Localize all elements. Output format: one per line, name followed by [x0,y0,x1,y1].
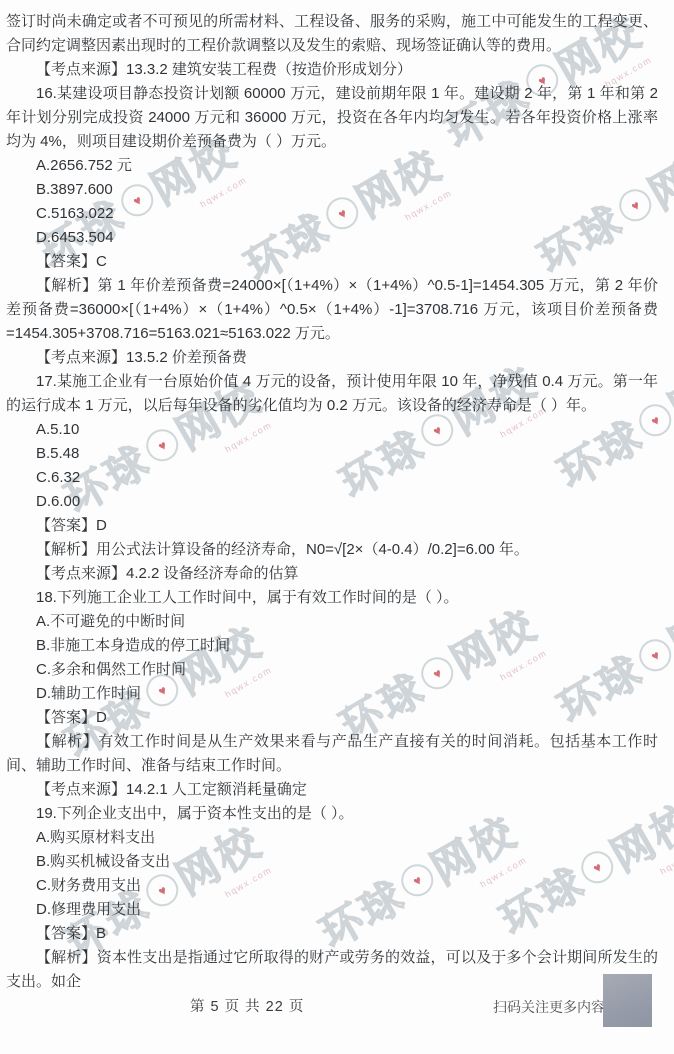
question-line: 16.某建设项目静态投资计划额 60000 万元，建设前期年限 1 年。建设期 … [6,82,658,154]
source-line: 【考点来源】4.2.2 设备经济寿命的估算 [6,562,658,586]
question-line: 18.下列施工企业工人工作时间中，属于有效工作时间的是（ ）。 [6,586,658,610]
option-line: A.不可避免的中断时间 [6,610,658,634]
body-line: 签订时尚未确定或者不可预见的所需材料、工程设备、服务的采购，施工中可能发生的工程… [6,10,658,58]
analysis-line: 【解析】第 1 年价差预备费=24000×[（1+4%）×（1+4%）^0.5-… [6,274,658,346]
option-line: D.6.00 [6,490,658,514]
document-page: 环球♥网校hqwx.com环球♥网校hqwx.com环球♥网校hqwx.com环… [0,0,674,1054]
analysis-line: 【解析】资本性支出是指通过它所取得的财产或劳务的效益，可以及于多个会计期间所发生… [6,946,658,994]
page-indicator: 第 5 页 共 22 页 [190,995,304,1016]
option-line: A.5.10 [6,418,658,442]
option-line: A.2656.752 元 [6,154,658,178]
answer-line: 【答案】D [6,514,658,538]
exam-content: 签订时尚未确定或者不可预见的所需材料、工程设备、服务的采购，施工中可能发生的工程… [0,0,674,994]
option-line: D.辅助工作时间 [6,682,658,706]
source-line: 【考点来源】13.3.2 建筑安装工程费（按造价形成划分） [6,58,658,82]
option-line: A.购买原材料支出 [6,826,658,850]
option-line: D.修理费用支出 [6,898,658,922]
option-line: C.多余和偶然工作时间 [6,658,658,682]
answer-line: 【答案】B [6,922,658,946]
source-line: 【考点来源】14.2.1 人工定额消耗量确定 [6,778,658,802]
answer-line: 【答案】C [6,250,658,274]
option-line: B.购买机械设备支出 [6,850,658,874]
source-line: 【考点来源】13.5.2 价差预备费 [6,346,658,370]
answer-line: 【答案】D [6,706,658,730]
option-line: B.非施工本身造成的停工时间 [6,634,658,658]
option-line: C.6.32 [6,466,658,490]
question-line: 19.下列企业支出中，属于资本性支出的是（ ）。 [6,802,658,826]
option-line: C.财务费用支出 [6,874,658,898]
option-line: C.5163.022 [6,202,658,226]
option-line: D.6453.504 [6,226,658,250]
question-line: 17.某施工企业有一台原始价值 4 万元的设备，预计使用年限 10 年，净残值 … [6,370,658,418]
analysis-line: 【解析】有效工作时间是从生产效果来看与产品生产直接有关的时间消耗。包括基本工作时… [6,730,658,778]
option-line: B.5.48 [6,442,658,466]
qr-caption: 扫码关注更多内容 [493,997,605,1017]
analysis-line: 【解析】用公式法计算设备的经济寿命，N0=√[2×（4-0.4）/0.2]=6.… [6,538,658,562]
option-line: B.3897.600 [6,178,658,202]
